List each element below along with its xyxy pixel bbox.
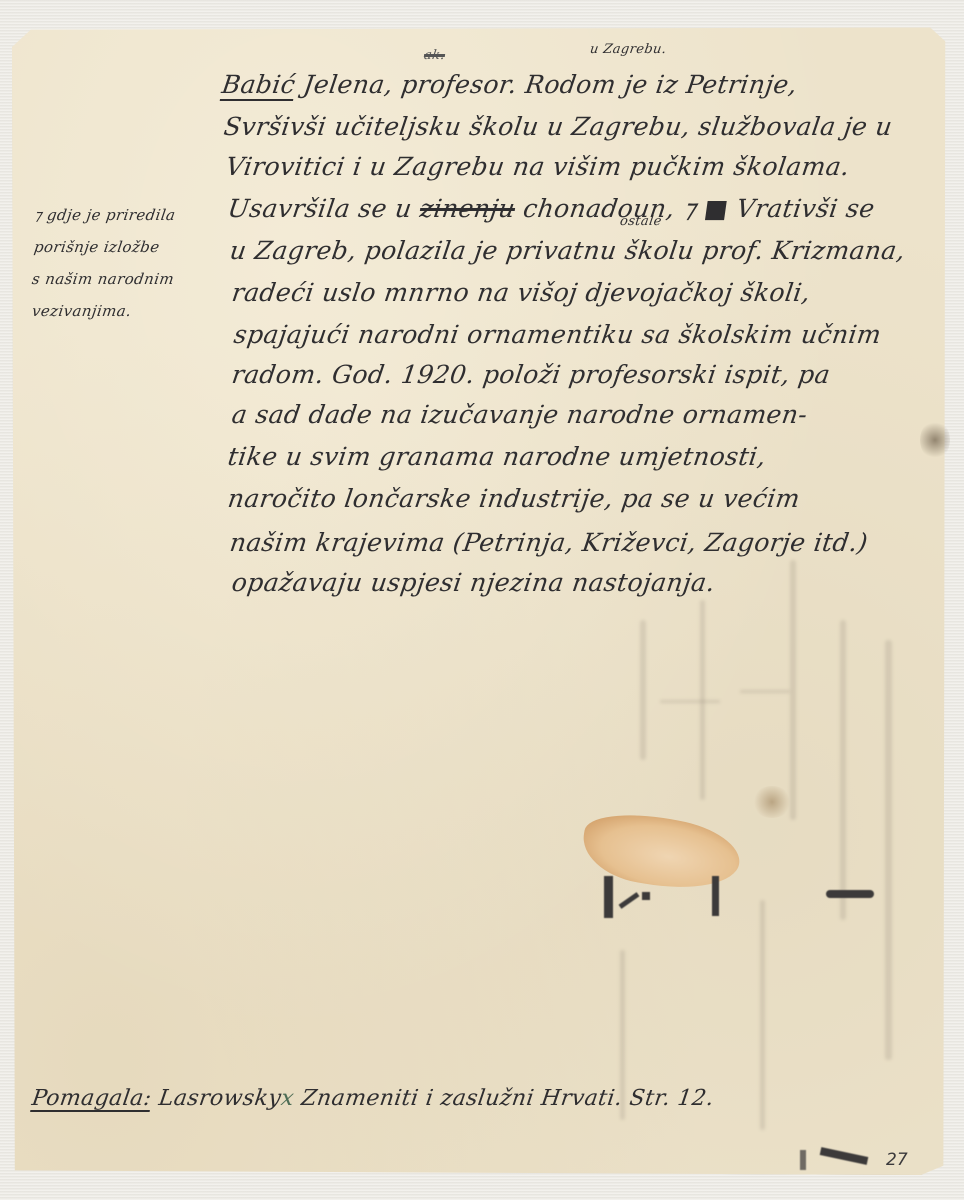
footer-source: Znameniti i zaslužni Hrvati. Str. 12.	[300, 1086, 716, 1111]
stain-spot	[920, 420, 950, 460]
body-line: a sad dade na izučavanje narodne ornamen…	[230, 400, 809, 429]
bleed-through-mark	[604, 876, 613, 918]
body-line: Usavršila se u zinenju chonadoun, ⁊ ■ Vr…	[226, 194, 877, 223]
bleed-through-mark	[712, 876, 719, 916]
margin-note-line: porišnje izložbe	[33, 240, 161, 255]
bleed-through-mark	[660, 700, 720, 703]
bleed-through-mark	[642, 892, 650, 900]
bleed-through-mark	[826, 890, 874, 898]
ink-blot: ■	[702, 194, 730, 223]
stain-spot	[752, 786, 792, 818]
green-x-mark: x	[279, 1086, 295, 1111]
struck-word: zinenju	[418, 194, 517, 223]
footer-reference: Pomagala: Lasrowskyx Znameniti i zaslužn…	[30, 1086, 715, 1111]
footer-label: Pomagala:	[30, 1086, 153, 1111]
footer-author: Lasrowsky	[157, 1086, 283, 1111]
body-line: Babić Jelena, profesor. Rodom je iz Petr…	[220, 70, 799, 99]
line-part: Usavršila se u	[226, 194, 414, 223]
body-line-rest: Jelena, profesor. Rodom je iz Petrinje,	[302, 70, 799, 99]
page-number: 27	[886, 1150, 908, 1170]
bleed-through-mark	[640, 620, 646, 760]
interlinear-strikeout: ak.	[423, 48, 446, 63]
margin-note-line: ⁊ gdje je priredila	[33, 208, 176, 223]
body-line: Svršivši učiteljsku školu u Zagrebu, slu…	[222, 112, 894, 141]
insertion-marker: ⁊	[681, 194, 698, 223]
body-line: naročito lončarske industrije, pa se u v…	[226, 484, 802, 513]
body-line: spajajući narodni ornamentiku sa školski…	[232, 320, 883, 349]
body-line: opažavaju uspjesi njezina nastojanja.	[230, 568, 717, 597]
body-line: radeći uslo mnrno na višoj djevojačkoj š…	[230, 278, 812, 307]
margin-note-line: vezivanjima.	[31, 304, 132, 319]
bleed-through-mark	[840, 620, 846, 920]
body-line: tike u svim granama narodne umjetnosti,	[226, 442, 768, 471]
interlinear-note: u Zagrebu.	[589, 42, 667, 57]
surname: Babić	[220, 70, 297, 99]
body-line: Virovitici i u Zagrebu na višim pučkim š…	[224, 152, 852, 181]
body-line: našim krajevima (Petrinja, Križevci, Zag…	[228, 528, 870, 557]
line-part: Vrativši se	[735, 194, 877, 223]
bleed-through-mark	[790, 560, 796, 820]
body-line: u Zagreb, polazila je privatnu školu pro…	[228, 236, 907, 265]
bleed-through-mark	[740, 690, 790, 693]
bleed-through-mark	[885, 640, 892, 1060]
line-part: chonadoun,	[521, 194, 676, 223]
bleed-through-mark	[760, 900, 765, 1130]
margin-note-line: s našim narodnim	[31, 272, 175, 287]
body-line: radom. God. 1920. položi profesorski isp…	[230, 360, 832, 389]
bleed-through-mark	[800, 1150, 806, 1170]
